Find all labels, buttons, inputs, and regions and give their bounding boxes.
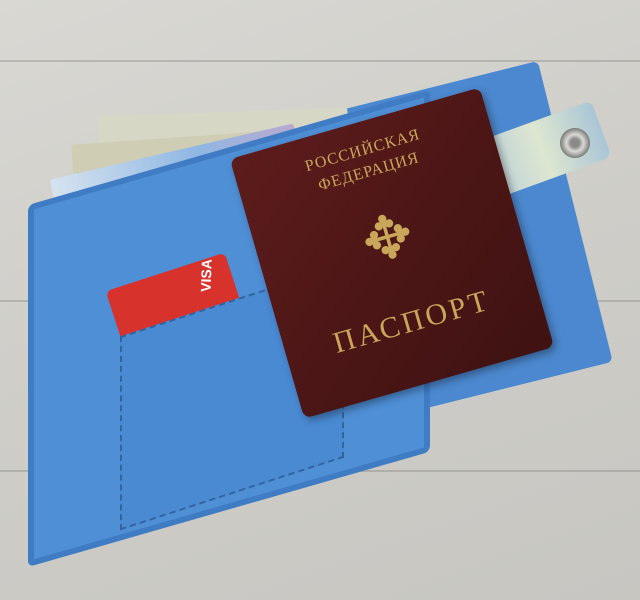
passport-title: ПАСПОРТ (282, 270, 541, 374)
table-plank-line (0, 60, 640, 62)
snap-button-icon (560, 128, 590, 158)
eagle-emblem-icon: ✥ (343, 190, 432, 286)
card-brand: VISA (198, 259, 215, 292)
